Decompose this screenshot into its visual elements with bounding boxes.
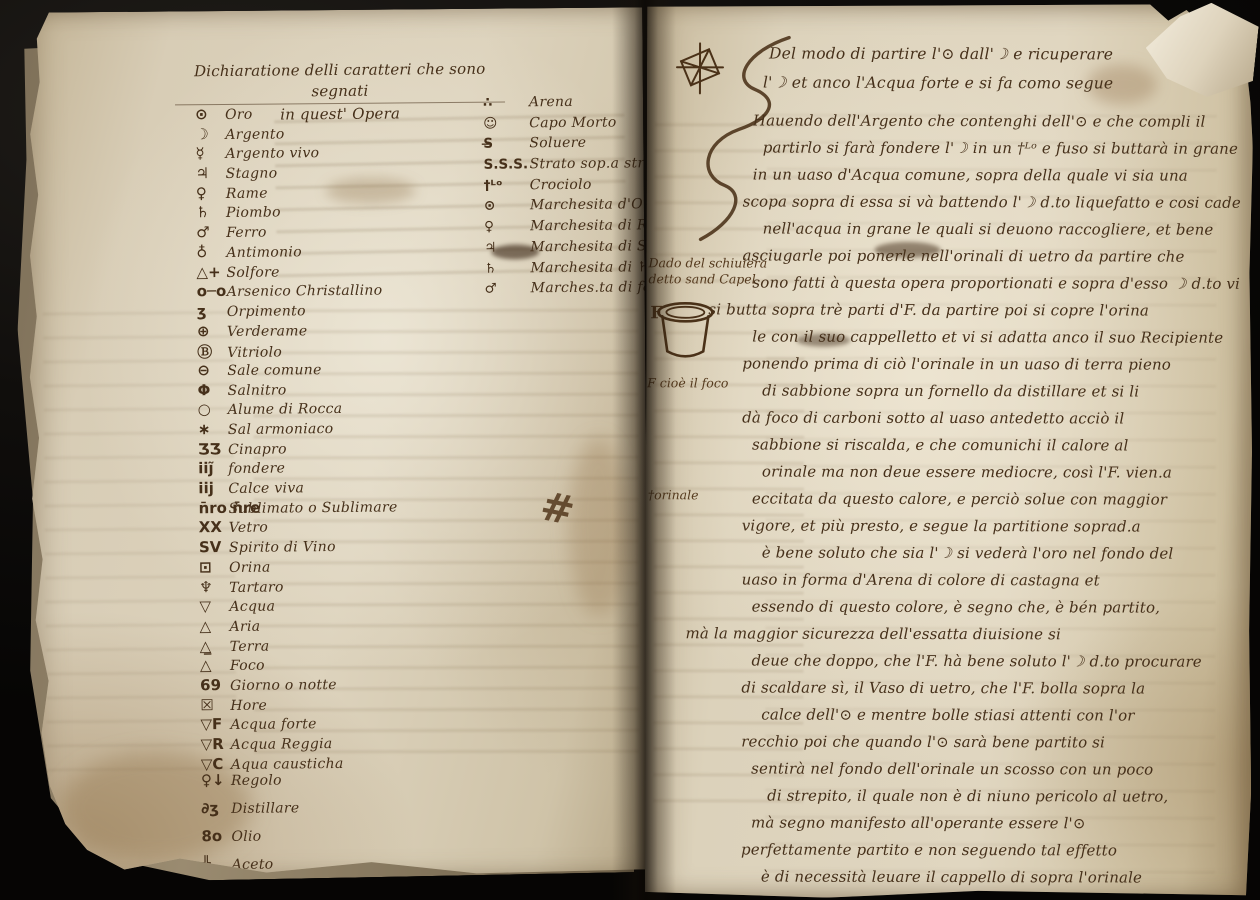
body-line: uaso in forma d'Arena di colore di casta… (742, 566, 1242, 594)
alchemical-symbol: ♂ (485, 280, 531, 296)
legend-row: ♁Antimonio (196, 241, 395, 262)
legend-row: △̲Terra (200, 635, 399, 656)
right-page: Del modo di partire l'⊙ dall'☽ e ricuper… (645, 3, 1253, 899)
body-line: è di necessità leuare il cappello di sop… (761, 864, 1241, 892)
symbol-label: Strato sop.a strato (529, 155, 649, 172)
legend-row: ♀Rame (196, 182, 395, 203)
symbol-label: Solfore (226, 264, 279, 280)
body-line: si butta sopra trè parti d'F. da partire… (708, 296, 1242, 324)
legend-row: iijCalce viva (198, 478, 397, 499)
body-line: orinale ma non deue essere mediocre, cos… (762, 459, 1242, 487)
alchemical-symbol: ʒ (197, 302, 227, 320)
alchemical-symbol: ⊡ (199, 558, 229, 576)
body-line: in un uaso d'Acqua comune, sopra della q… (753, 161, 1243, 189)
body-line: partirlo si farà fondere l'☽ in un †ᴸᵒ e… (763, 135, 1243, 163)
margin-note-orinale: †orinale (648, 487, 699, 502)
alchemical-symbol: iij̃ (198, 459, 228, 477)
left-page: Dichiaratione delli caratteri che sono s… (24, 7, 650, 880)
alchemical-symbol: ♆ (199, 577, 229, 595)
hash-doodle: # (536, 483, 578, 535)
symbol-label: Capo Morto (529, 114, 617, 131)
symbol-label: Soluere (529, 135, 586, 151)
alchemical-symbol: ♁ (196, 243, 226, 261)
legend-row: XXVetro (199, 517, 398, 538)
body-line: di sabbione sopra un fornello da distill… (762, 378, 1242, 406)
legend-row: ☽Argento (195, 123, 394, 144)
legend-row: △+Solfore (196, 261, 395, 282)
alchemical-symbol: ∂ʒ (201, 799, 231, 817)
alchemical-symbol: △ (200, 617, 230, 635)
symbol-label: Sal armoniaco (228, 421, 334, 438)
margin-note-apparatus: Dado del schiuiera detto sand Capel (648, 255, 767, 287)
body-text: Hauendo dell'Argento che contenghi dell'… (741, 107, 1243, 891)
body-line: mà segno manifesto all'operante essere l… (751, 809, 1241, 837)
legend-title-line1: Dichiaratione delli caratteri che sono s… (175, 59, 505, 106)
symbol-label: Marchesita di ♄ (530, 259, 649, 276)
symbol-label: Antimonio (226, 244, 302, 261)
body-line: mà la maggior sicurezza dell'essatta diu… (685, 620, 1241, 648)
body-line: asciugarle poi ponerle nell'orinali di u… (742, 242, 1242, 270)
alchemical-symbol: ☺ (483, 115, 529, 131)
alchemical-symbol: 69 (200, 676, 230, 694)
legend-row: ʒOrpimento (197, 300, 396, 321)
body-line: di scaldare sì, il Vaso di uetro, che l'… (741, 674, 1241, 702)
legend-row: △Aria (200, 615, 399, 636)
alchemical-symbol: XX (199, 518, 229, 536)
symbol-label: Argento vivo (225, 146, 319, 163)
symbol-label: Argento (225, 126, 284, 143)
body-line: sono fatti à questa opera proportionati … (752, 269, 1242, 297)
legend-row: ⊖Sale comune (197, 359, 396, 380)
body-line: dà foco di carboni sotto al uaso antedet… (742, 404, 1242, 432)
symbol-label: Rame (226, 185, 268, 201)
symbol-label: Foco (230, 658, 265, 674)
alchemical-symbol: Ⓑ (197, 341, 227, 362)
symbol-label: Aria (230, 619, 261, 635)
symbol-label: Marchesita di Rame (530, 217, 650, 234)
symbol-label: Ferro (226, 225, 267, 241)
body-line: ponendo prima di ciò l'orinale in un uas… (742, 350, 1242, 378)
symbol-label: Hore (230, 697, 267, 713)
alchemical-symbol: ♃ (196, 164, 226, 182)
legend-row: S.S.S.Strato sop.a strato (483, 155, 649, 177)
legend-row: SVSpirito di Vino (199, 537, 398, 558)
legend-row: ⊡Orina (199, 556, 398, 577)
alchemical-symbol: ♀↓ (201, 771, 231, 789)
legend-row: ∴Arena (483, 93, 650, 115)
alchemical-symbol: △̲ (200, 637, 230, 655)
heading-line1: Del modo di partire l'⊙ dall'☽ e ricuper… (769, 40, 1113, 70)
alchemical-symbol: ∗ (198, 420, 228, 438)
stain (568, 437, 630, 618)
symbol-label: Tartaro (229, 579, 284, 595)
legend-row: n̄ro n̄reSublimato o Sublimare (198, 497, 397, 518)
alchemical-symbol: ☽ (195, 125, 225, 143)
body-line: eccitata da questo calore, e perciò solu… (752, 485, 1242, 513)
symbol-label: Arena (529, 94, 573, 110)
body-line: sabbione si riscalda, e che comunichi il… (752, 431, 1242, 459)
alchemical-symbol: ♂ (196, 223, 226, 241)
margin-note-line: Dado del schiuiera (648, 255, 767, 271)
body-line: deue che doppo, che l'F. hà bene soluto … (751, 647, 1241, 675)
symbol-label: Crociolo (530, 177, 592, 194)
body-line: recchio poi che quando l'⊙ sarà bene par… (741, 728, 1241, 756)
legend-row: ∂ʒDistillare (201, 798, 300, 827)
legend-row: ▽Acqua (199, 596, 398, 617)
alchemical-symbol: ⊕ (197, 322, 227, 340)
crucible-drawing (654, 299, 716, 365)
alchemical-symbol: S.S.S. (483, 156, 529, 172)
legend-row: ΦSalnitro (197, 379, 396, 400)
alchemical-symbol: △ (200, 656, 230, 674)
body-line: di strepito, il quale non è di niuno per… (767, 783, 1241, 811)
legend-row: iij̃fondere (198, 458, 397, 479)
symbol-legend-main: ⊙Oro ☽Argento ☿Argento vivo ♃Stagno ♀Ram… (195, 103, 400, 774)
legend-row: ⊙Oro (195, 103, 394, 124)
alchemical-symbol: ⊙ (484, 198, 530, 214)
legend-row: ♂Marches.ta di ferro (485, 279, 650, 301)
symbol-label: Marches.ta di ferro (531, 279, 650, 296)
legend-row: ♀↓Regolo (201, 770, 300, 799)
alchemical-symbol: iij (198, 479, 228, 497)
body-line: nell'acqua in grane le quali si deuono r… (763, 216, 1243, 244)
symbol-label: Spirito di Vino (229, 539, 336, 556)
symbol-label: Orpimento (227, 303, 306, 320)
body-line: sentirà nel fondo dell'orinale un scosso… (751, 755, 1241, 783)
symbol-label: Cinapro (228, 441, 287, 458)
symbol-label: Acqua forte (230, 717, 316, 734)
alchemical-symbol: ƷƷ (198, 440, 228, 458)
legend-row: ♃Marchesita di Stagno (484, 238, 650, 260)
alchemical-symbol: SV (199, 538, 229, 556)
legend-row: †ᴸᵒCrociolo (484, 176, 650, 198)
legend-row: ♆Tartaro (199, 576, 398, 597)
legend-row: ♃Stagno (196, 163, 395, 184)
symbol-label: Vetro (229, 520, 268, 536)
margin-note-line: detto sand Capel (648, 271, 767, 287)
symbol-label: Terra (230, 638, 270, 654)
legend-row: o─oArsenico Christallino (197, 281, 396, 302)
symbol-legend-side: ∴Arena ☺Capo Morto S̶Soluere S.S.S.Strat… (483, 93, 650, 302)
symbol-label: Calce viva (228, 480, 304, 497)
alchemical-symbol: †ᴸᵒ (484, 177, 530, 193)
legend-row: 8oOlio (201, 826, 300, 855)
symbol-label: Acqua Reggia (231, 736, 333, 753)
symbol-label: Stagno (226, 166, 278, 182)
symbol-label: Piombo (226, 205, 281, 221)
alchemical-symbol: ♀ (484, 218, 530, 234)
legend-row: ∗Sal armoniaco (198, 418, 397, 439)
alchemical-symbol: 8o (201, 827, 231, 845)
alchemical-symbol: ♄ (484, 260, 530, 276)
body-line: scopa sopra di essa si và battendo l'☽ d… (743, 188, 1243, 216)
legend-row: △Foco (200, 655, 399, 676)
photo-backdrop: Dichiaratione delli caratteri che sono s… (0, 0, 1260, 900)
body-line: le con il suo cappelletto et vi si adatt… (752, 323, 1242, 351)
alchemical-symbol: ⊙ (195, 105, 225, 123)
symbol-label: Olio (231, 829, 261, 845)
body-line: Hauendo dell'Argento che contenghi dell'… (753, 107, 1243, 135)
symbol-label: Salnitro (227, 382, 286, 399)
alchemical-symbol: o─o (197, 282, 227, 300)
heading-line2: l'☽ et anco l'Acqua forte e si fa como s… (763, 69, 1113, 99)
symbol-label: Marchesita di Stagno (530, 238, 650, 255)
symbol-label: fondere (228, 461, 285, 477)
alchemical-symbol: ∴ (483, 94, 529, 110)
body-line: vigore, et più presto, e segue la partit… (742, 512, 1242, 540)
legend-row: ☺Capo Morto (483, 114, 650, 136)
alchemical-symbol: ♀ (196, 184, 226, 202)
symbol-label: Verderame (227, 323, 307, 340)
alchemical-symbol: ♄ (196, 203, 226, 221)
alchemical-symbol: ▽ (199, 597, 229, 615)
legend-row: ☿Argento vivo (195, 143, 394, 164)
legend-row: ♄Piombo (196, 202, 395, 223)
symbol-label: Arsenico Christallino (227, 283, 383, 300)
alchemical-symbol: ♃ (484, 239, 530, 255)
body-line: calce dell'⊙ e mentre bolle stiasi atten… (761, 702, 1241, 730)
symbol-label: Marchesita d'Oro (530, 197, 650, 214)
body-line: è bene soluto che sia l'☽ si vederà l'or… (762, 540, 1242, 568)
alchemical-symbol: ▽R (201, 735, 231, 753)
alchemical-symbol: ▽F (200, 715, 230, 733)
alchemical-symbol: ☿ (195, 144, 225, 162)
symbol-label: Oro (225, 107, 253, 123)
symbol-label: Distillare (231, 800, 299, 817)
legend-row: ○Alume di Rocca (198, 399, 397, 420)
legend-row: ⒷVitriolo (197, 340, 396, 361)
symbol-label: Alume di Rocca (228, 401, 343, 418)
symbol-label: Regolo (231, 772, 282, 788)
legend-row: ♄Marchesita di ♄ (484, 258, 649, 280)
alchemical-symbol: ☒ (200, 696, 230, 714)
alchemical-symbol: ⊖ (197, 361, 227, 379)
legend-row: ⊕Verderame (197, 320, 396, 341)
margin-note-fire: F cioè il foco (647, 375, 728, 390)
symbol-label: Giorno o notte (230, 677, 337, 694)
alchemical-symbol: △+ (196, 262, 226, 280)
legend-row: ▽RAcqua Reggia (201, 733, 400, 754)
symbol-label: Sublimato o Sublimare (228, 499, 397, 516)
symbol-label: Sale comune (227, 362, 321, 379)
alchemical-symbol: ○ (198, 400, 228, 418)
legend-row: ♂Ferro (196, 222, 395, 243)
symbol-label: Vitriolo (227, 345, 282, 361)
legend-row: ☒Hore (200, 694, 399, 715)
legend-row: 69Giorno o notte (200, 674, 399, 695)
symbol-legend-bottom: ♀↓Regolo ∂ʒDistillare 8oOlio ╬Aceto (201, 770, 300, 880)
chapter-heading: Del modo di partire l'⊙ dall'☽ e ricuper… (769, 40, 1113, 99)
symbol-label: Acqua (229, 599, 275, 615)
legend-row: ⊙Marchesita d'Oro (484, 196, 650, 218)
legend-row: ƷƷCinapro (198, 438, 397, 459)
legend-row: ♀Marchesita di Rame (484, 217, 650, 239)
symbol-label: Orina (229, 559, 271, 575)
alchemical-symbol: S̶ (483, 136, 529, 152)
alchemical-symbol: Φ (197, 381, 227, 399)
alchemical-symbol: n̄ro n̄re (198, 499, 228, 517)
legend-row: S̶Soluere (483, 134, 649, 156)
body-line: perfettamente partito e non seguendo tal… (741, 836, 1241, 864)
body-line: essendo di questo colore, è segno che, è… (752, 593, 1242, 621)
legend-row: ▽FAcqua forte (200, 714, 399, 735)
